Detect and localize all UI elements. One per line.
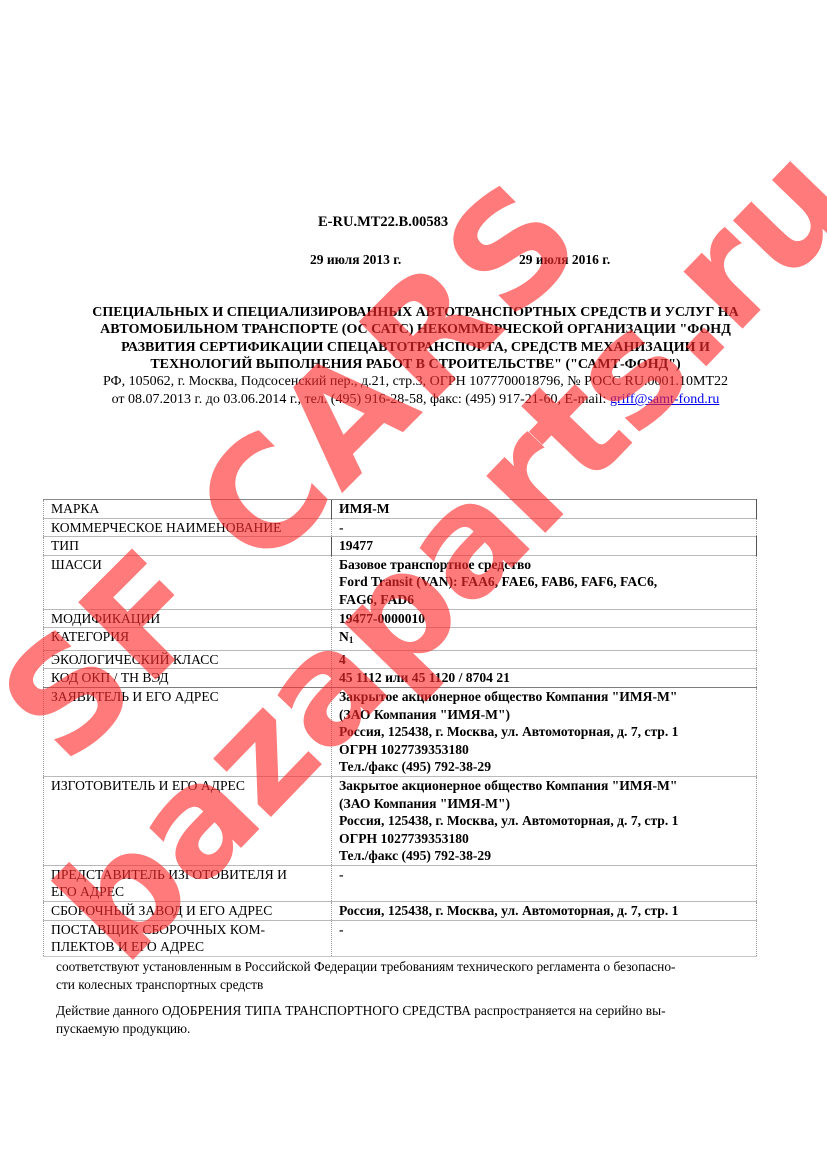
email-link[interactable]: griff@samt-fond.ru [610,392,719,407]
org-title-line: ТЕХНОЛОГИЙ ВЫПОЛНЕНИЯ РАБОТ В СТРОИТЕЛЬС… [40,356,791,373]
row-value: - [332,920,757,956]
value-line: ОГРН 1027739353180 [339,741,749,759]
org-title-line: РАЗВИТИЯ СЕРТИФИКАЦИИ СПЕЦАВТОТРАНСПОРТА… [40,339,791,356]
org-contacts: от 08.07.2013 г. до 03.06.2014 г., тел. … [40,391,791,409]
table-row-manufacturer: ИЗГОТОВИТЕЛЬ И ЕГО АДРЕС Закрытое акцион… [44,776,757,865]
row-label: МАРКА [44,500,332,519]
label-line: ПОСТАВЩИК СБОРОЧНЫХ КОМ- [51,921,324,939]
compliance-paragraph: соответствуют установленным в Российской… [56,958,771,994]
label-line: ПРЕДСТАВИТЕЛЬ ИЗГОТОВИТЕЛЯ И [51,866,324,884]
value-line: Россия, 125438, г. Москва, ул. Автомотор… [339,723,749,741]
value-line: Россия, 125438, г. Москва, ул. Автомотор… [339,812,749,830]
row-label: ТИП [44,537,332,556]
table-row-assembly-plant: СБОРОЧНЫЙ ЗАВОД И ЕГО АДРЕС Россия, 1254… [44,902,757,921]
table-row-representative: ПРЕДСТАВИТЕЛЬ ИЗГОТОВИТЕЛЯ И ЕГО АДРЕС - [44,865,757,901]
value-line: Закрытое акционерное общество Компания "… [339,777,749,795]
row-value: ИМЯ-М [332,500,757,519]
value-line: (ЗАО Компания "ИМЯ-М") [339,706,749,724]
row-value: - [332,518,757,537]
value-line: ОГРН 1027739353180 [339,830,749,848]
row-label: МОДИФИКАЦИИ [44,609,332,628]
paragraph-line: соответствуют установленным в Российской… [56,958,771,976]
row-label: ЗАЯВИТЕЛЬ И ЕГО АДРЕС [44,687,332,776]
row-label: КАТЕГОРИЯ [44,628,332,651]
certificate-number: E-RU.MT22.B.00583 [318,214,448,231]
table-row-type: ТИП 19477 [44,537,757,556]
row-value: 19477 [332,537,757,556]
table-row-applicant: ЗАЯВИТЕЛЬ И ЕГО АДРЕС Закрытое акционерн… [44,687,757,776]
valid-to-date: 29 июля 2016 г. [519,252,610,268]
row-value: N1 [332,628,757,651]
value-line: Ford Transit (VAN): FAA6, FAE6, FAB6, FA… [339,573,749,591]
table-row-kit-supplier: ПОСТАВЩИК СБОРОЧНЫХ КОМ- ПЛЕКТОВ И ЕГО А… [44,920,757,956]
row-label: ШАССИ [44,555,332,609]
table-row-brand: МАРКА ИМЯ-М [44,500,757,519]
row-value: 4 [332,650,757,669]
value-line: Базовое транспортное средство [339,556,749,574]
scope-paragraph: Действие данного ОДОБРЕНИЯ ТИПА ТРАНСПОР… [56,1002,771,1038]
value-line: FAG6, FAD6 [339,591,749,609]
row-value: Базовое транспортное средство Ford Trans… [332,555,757,609]
vehicle-spec-table: МАРКА ИМЯ-М КОММЕРЧЕСКОЕ НАИМЕНОВАНИЕ - … [43,499,757,957]
row-label: КОММЕРЧЕСКОЕ НАИМЕНОВАНИЕ [44,518,332,537]
value-line: Тел./факс (495) 792-38-29 [339,758,749,776]
valid-from-date: 29 июля 2013 г. [310,252,401,268]
row-value: - [332,865,757,901]
paragraph-line: Действие данного ОДОБРЕНИЯ ТИПА ТРАНСПОР… [56,1002,771,1020]
org-contacts-text: от 08.07.2013 г. до 03.06.2014 г., тел. … [112,392,610,407]
row-value: 45 1112 или 45 1120 / 8704 21 [332,669,757,688]
row-label: КОД ОКП / ТН ВЭД [44,669,332,688]
org-title-line: АВТОМОБИЛЬНОМ ТРАНСПОРТЕ (ОС САТС) НЕКОМ… [40,321,791,338]
value-line: (ЗАО Компания "ИМЯ-М") [339,795,749,813]
label-line: ЕГО АДРЕС [51,883,324,901]
table-row-okp-code: КОД ОКП / ТН ВЭД 45 1112 или 45 1120 / 8… [44,669,757,688]
row-value: 19477-0000010 [332,609,757,628]
table-row-category: КАТЕГОРИЯ N1 [44,628,757,651]
row-label: ЭКОЛОГИЧЕСКИЙ КЛАСС [44,650,332,669]
category-subscript: 1 [349,635,354,645]
paragraph-line: пускаемую продукцию. [56,1020,771,1038]
table-row-modifications: МОДИФИКАЦИИ 19477-0000010 [44,609,757,628]
label-line: ПЛЕКТОВ И ЕГО АДРЕС [51,938,324,956]
paragraph-line: сти колесных транспортных средств [56,976,771,994]
row-value: Закрытое акционерное общество Компания "… [332,687,757,776]
table-row-chassis: ШАССИ Базовое транспортное средство Ford… [44,555,757,609]
row-label: ИЗГОТОВИТЕЛЬ И ЕГО АДРЕС [44,776,332,865]
row-label: ПОСТАВЩИК СБОРОЧНЫХ КОМ- ПЛЕКТОВ И ЕГО А… [44,920,332,956]
row-value: Россия, 125438, г. Москва, ул. Автомотор… [332,902,757,921]
table-row-eco-class: ЭКОЛОГИЧЕСКИЙ КЛАСС 4 [44,650,757,669]
table-row-commercial-name: КОММЕРЧЕСКОЕ НАИМЕНОВАНИЕ - [44,518,757,537]
row-label: СБОРОЧНЫЙ ЗАВОД И ЕГО АДРЕС [44,902,332,921]
category-letter: N [339,629,349,644]
org-address: РФ, 105062, г. Москва, Подсосенский пер.… [40,373,791,391]
certification-body: СПЕЦИАЛЬНЫХ И СПЕЦИАЛИЗИРОВАННЫХ АВТОТРА… [40,304,791,409]
org-title-line: СПЕЦИАЛЬНЫХ И СПЕЦИАЛИЗИРОВАННЫХ АВТОТРА… [40,304,791,321]
value-line: Закрытое акционерное общество Компания "… [339,688,749,706]
row-label: ПРЕДСТАВИТЕЛЬ ИЗГОТОВИТЕЛЯ И ЕГО АДРЕС [44,865,332,901]
value-line: Тел./факс (495) 792-38-29 [339,847,749,865]
row-value: Закрытое акционерное общество Компания "… [332,776,757,865]
